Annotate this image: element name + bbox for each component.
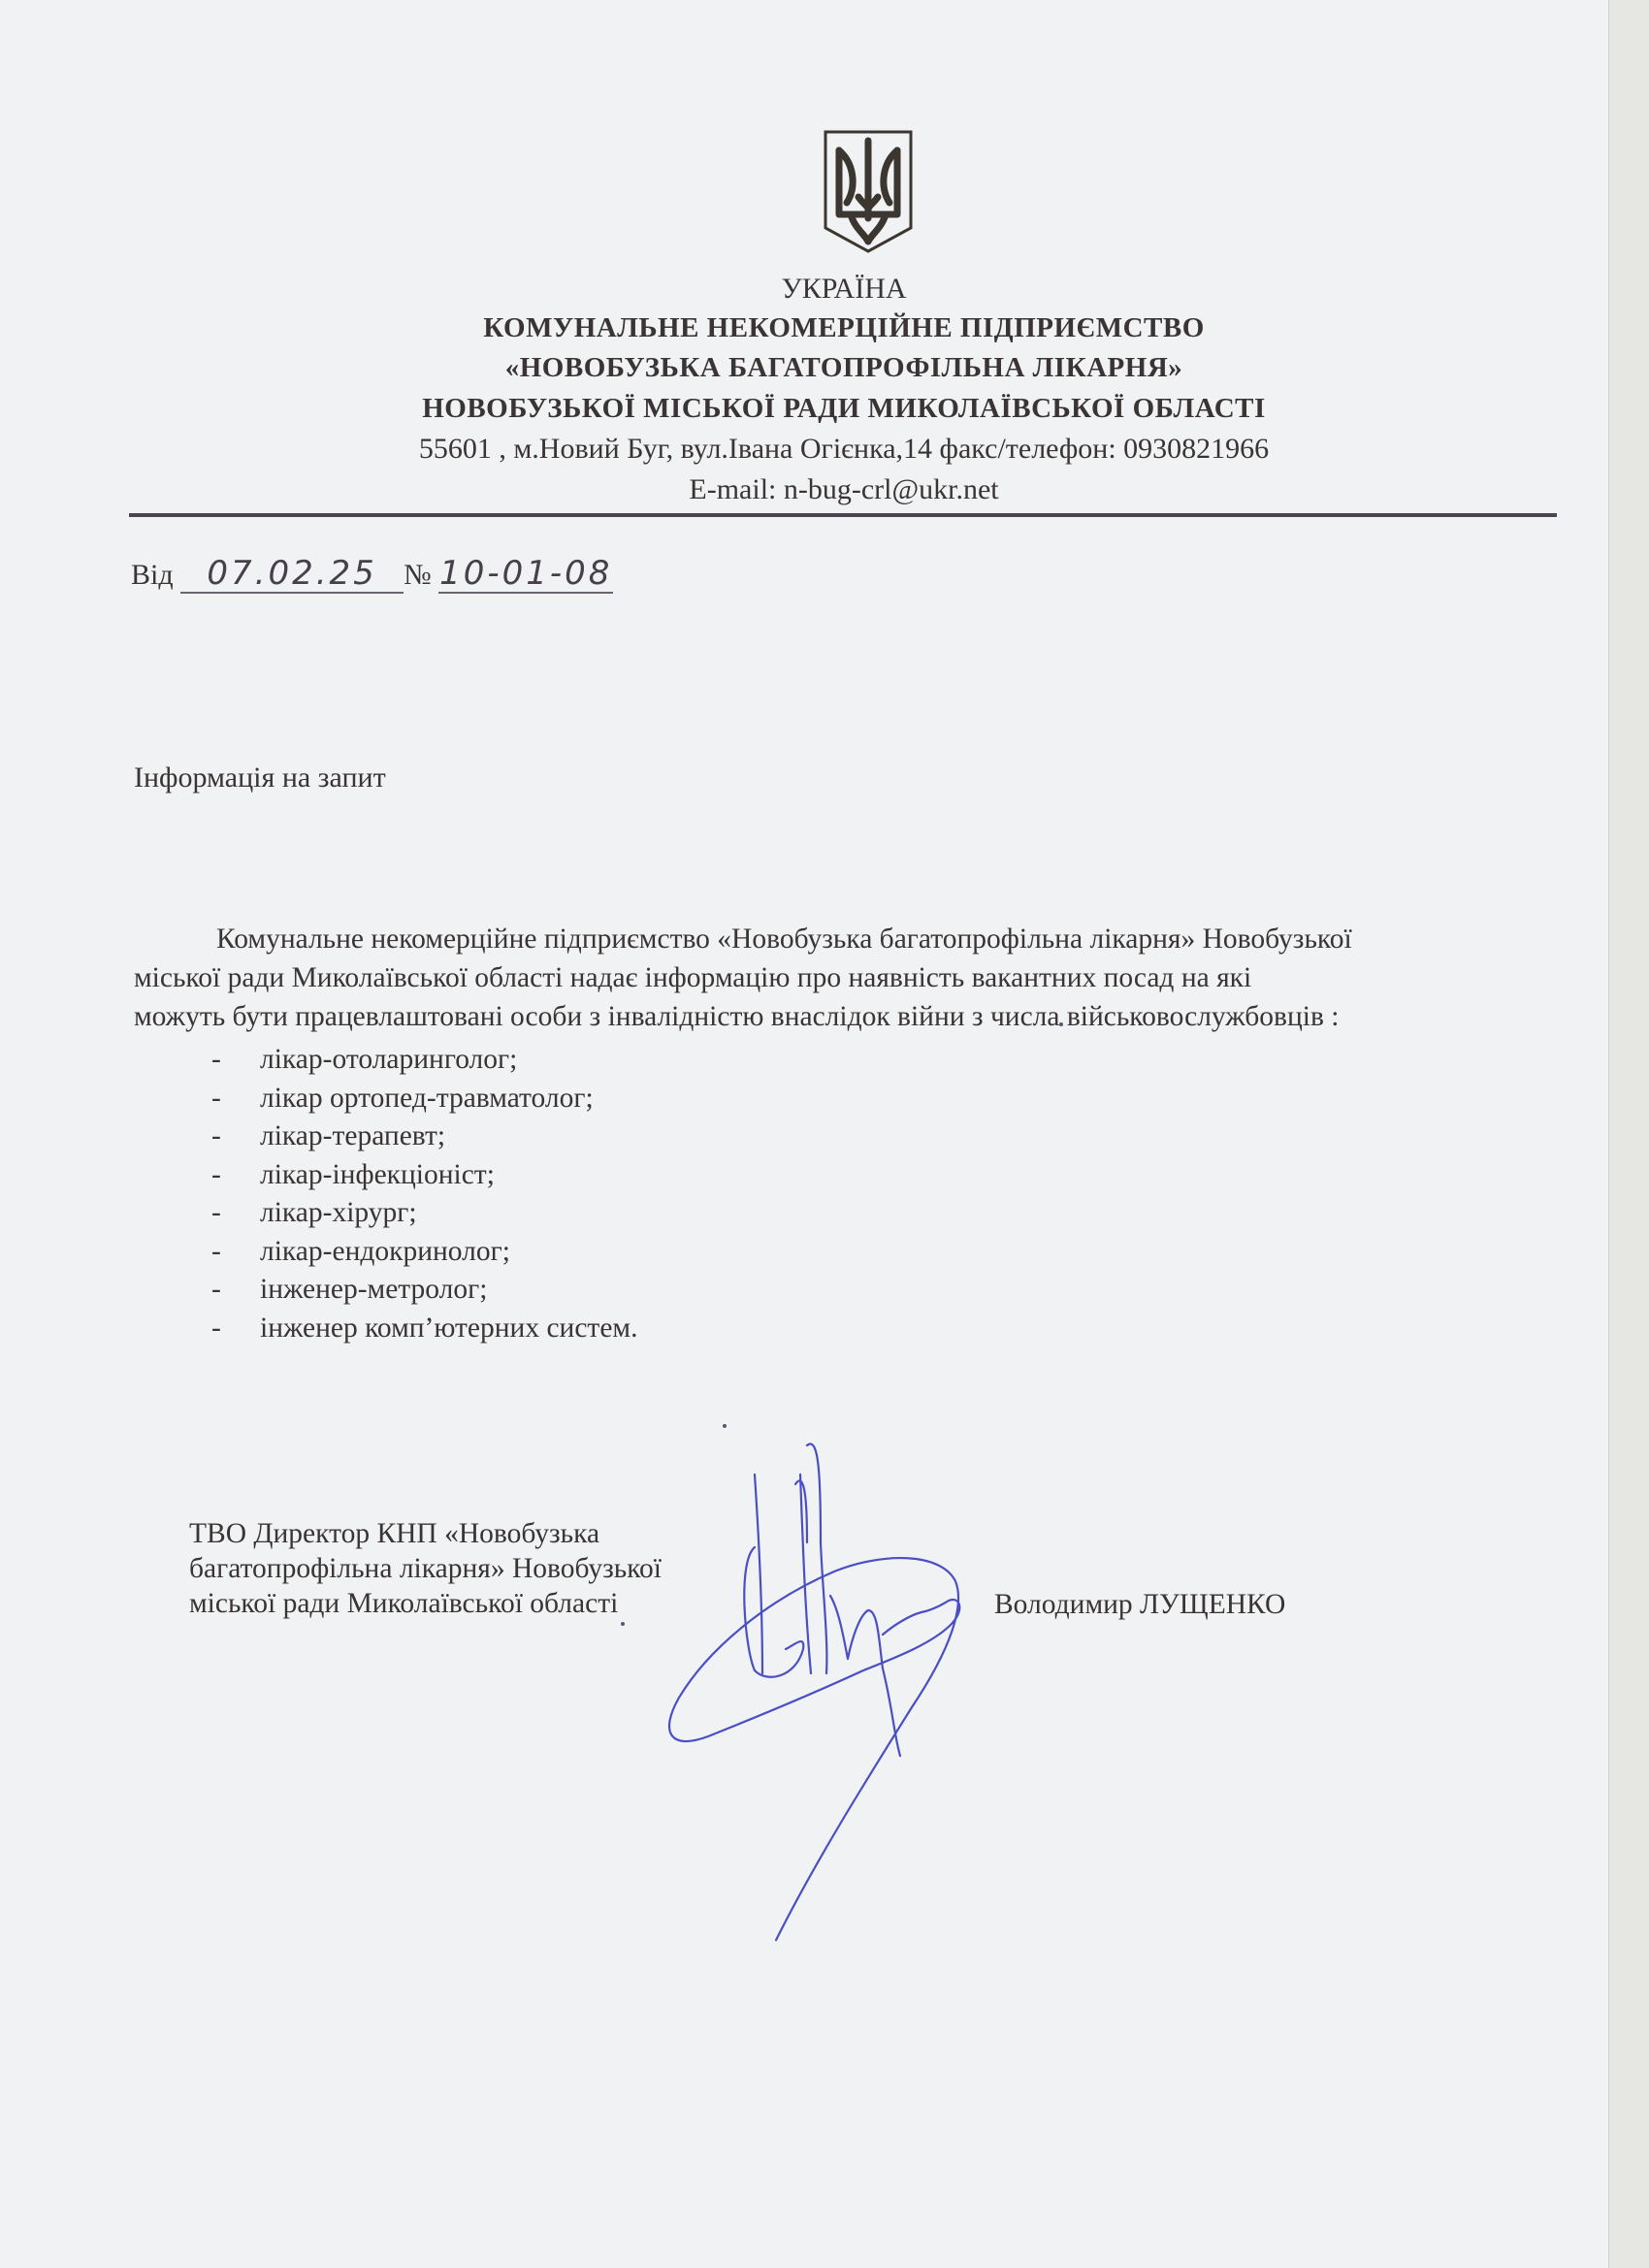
bullet-dash: - (211, 1156, 260, 1195)
reference-line: Від 07.02.25№ 10-01-08 (131, 555, 613, 594)
list-item: -інженер-метролог; (211, 1271, 637, 1310)
handwritten-reference-number: 10-01-08 (438, 555, 613, 594)
bullet-dash: - (211, 1194, 260, 1233)
subject-line: Інформація на запит (134, 761, 386, 794)
handwritten-date: 07.02.25 (180, 555, 404, 594)
date-label: Від (131, 559, 174, 591)
bullet-dash: - (211, 1271, 260, 1310)
letter-page: УКРАЇНА КОМУНАЛЬНЕ НЕКОМЕРЦІЙНЕ ПІДПРИЄМ… (0, 0, 1609, 2268)
signer-name: Володимир ЛУЩЕНКО (994, 1589, 1285, 1621)
organization-email: E-mail: n-bug-crl@ukr.net (0, 473, 1649, 506)
bullet-dash: - (211, 1041, 260, 1080)
handwritten-signature (640, 1416, 1009, 1960)
ink-speck (1059, 1022, 1063, 1026)
ink-speck (723, 1424, 727, 1428)
body-line: можуть бути працевлаштовані особи з інва… (134, 997, 1531, 1036)
list-item: -лікар-ендокринолог; (211, 1233, 637, 1272)
signer-title: ТВО Директор КНП «Новобузька багатопрофі… (189, 1516, 662, 1621)
organization-address: 55601 , м.Новий Буг, вул.Івана Огієнка,1… (0, 433, 1649, 466)
ink-speck (621, 1622, 625, 1626)
bullet-dash: - (211, 1233, 260, 1272)
country-name: УКРАЇНА (0, 273, 1649, 306)
body-paragraph: Комунальне некомерційне підприємство «Но… (134, 920, 1531, 1036)
list-item: -лікар-отоларинголог; (211, 1041, 637, 1080)
organization-line-3: НОВОБУЗЬКОЇ МІСЬКОЇ РАДИ МИКОЛАЇВСЬКОЇ О… (0, 392, 1649, 425)
organization-line-2: «НОВОБУЗЬКА БАГАТОПРОФІЛЬНА ЛІКАРНЯ» (0, 351, 1649, 384)
body-line: Комунальне некомерційне підприємство «Но… (134, 920, 1531, 958)
trident-coat-of-arms-icon (822, 129, 915, 255)
letterhead-divider (129, 513, 1557, 517)
list-item: -лікар ортопед-травматолог; (211, 1080, 637, 1118)
vacancy-list: -лікар-отоларинголог; -лікар ортопед-тра… (211, 1041, 637, 1347)
list-item: -лікар-хірург; (211, 1194, 637, 1233)
body-line: міської ради Миколаївської області надає… (134, 958, 1531, 997)
bullet-dash: - (211, 1118, 260, 1156)
bullet-dash: - (211, 1310, 260, 1348)
list-item: -лікар-терапевт; (211, 1118, 637, 1156)
list-item: -інженер комп’ютерних систем. (211, 1310, 637, 1348)
bullet-dash: - (211, 1080, 260, 1118)
number-label: № (404, 559, 432, 591)
organization-line-1: КОМУНАЛЬНЕ НЕКОМЕРЦІЙНЕ ПІДПРИЄМСТВО (0, 311, 1649, 344)
list-item: -лікар-інфекціоніст; (211, 1156, 637, 1195)
